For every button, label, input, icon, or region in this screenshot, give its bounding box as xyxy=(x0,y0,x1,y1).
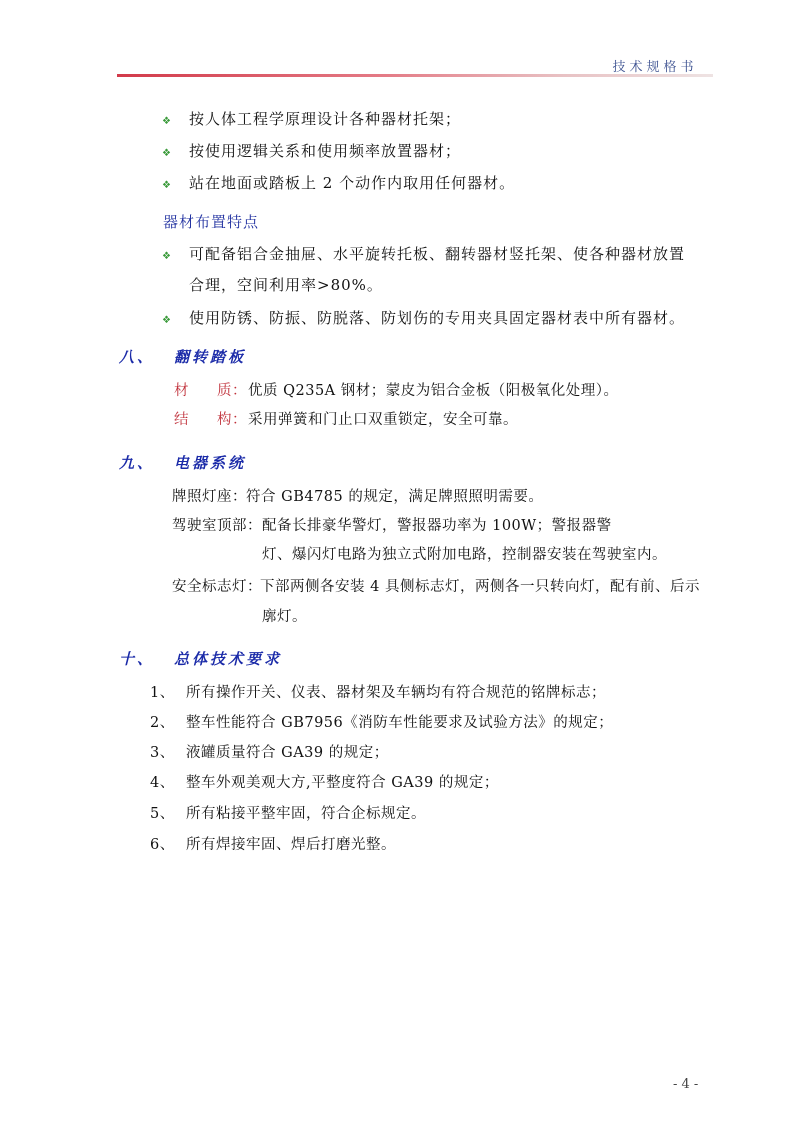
diamond-bullet-icon: ❖ xyxy=(162,148,171,159)
section-number: 十、 xyxy=(119,648,174,669)
field-label: 构： xyxy=(217,410,247,430)
page-number: - 4 - xyxy=(673,1077,698,1092)
field-label: 质： xyxy=(217,381,247,401)
list-item: 站在地面或踏板上 2 个动作内取用任何器材。 xyxy=(189,173,515,193)
list-number: 1、 xyxy=(150,683,175,703)
field-label: 结 xyxy=(174,410,189,430)
list-item-continuation: 合理，空间利用率>80%。 xyxy=(189,275,383,295)
list-number: 3、 xyxy=(150,743,175,763)
field-value: 采用弹簧和门止口双重锁定，安全可靠。 xyxy=(248,410,518,430)
section-number: 八、 xyxy=(119,346,174,367)
diamond-bullet-icon: ❖ xyxy=(162,180,171,191)
section-number: 九、 xyxy=(119,452,174,473)
header-title: 技术规格书 xyxy=(600,56,710,75)
list-item: 液罐质量符合 GA39 的规定； xyxy=(186,743,389,763)
subheading: 器材布置特点 xyxy=(163,211,259,232)
item-label: 牌照灯座： xyxy=(172,487,247,507)
list-number: 2、 xyxy=(150,713,175,733)
list-item: 所有粘接平整牢固，符合企标规定。 xyxy=(186,804,426,824)
item-text-continuation: 廓灯。 xyxy=(262,607,307,627)
item-text-continuation: 灯、爆闪灯电路为独立式附加电路，控制器安装在驾驶室内。 xyxy=(262,545,667,565)
diamond-bullet-icon: ❖ xyxy=(162,251,171,262)
section-title: 总体技术要求 xyxy=(174,650,282,668)
section-title: 翻转踏板 xyxy=(174,348,246,366)
section-heading: 九、电器系统 xyxy=(119,452,246,473)
list-item: 整车性能符合 GB7956《消防车性能要求及试验方法》的规定； xyxy=(186,713,613,733)
section-title: 电器系统 xyxy=(174,454,246,472)
list-item: 使用防锈、防振、防脱落、防划伤的专用夹具固定器材表中所有器材。 xyxy=(189,308,685,328)
section-heading: 八、翻转踏板 xyxy=(119,346,246,367)
item-text: 符合 GB4785 的规定，满足牌照照明需要。 xyxy=(246,487,543,507)
list-item: 所有焊接牢固、焊后打磨光整。 xyxy=(186,835,396,855)
list-item: 可配备铝合金抽屉、水平旋转托板、翻转器材竖托架、使各种器材放置 xyxy=(189,244,685,264)
list-item: 按使用逻辑关系和使用频率放置器材； xyxy=(189,141,461,161)
list-number: 4、 xyxy=(150,773,175,793)
list-item: 所有操作开关、仪表、器材架及车辆均有符合规范的铭牌标志； xyxy=(186,683,606,703)
item-text: 下部两侧各安装 4 具侧标志灯，两侧各一只转向灯，配有前、后示 xyxy=(260,577,700,597)
item-label: 安全标志灯： xyxy=(172,577,262,597)
item-label: 驾驶室顶部： xyxy=(172,516,262,536)
list-number: 6、 xyxy=(150,835,175,855)
list-item: 整车外观美观大方,平整度符合 GA39 的规定； xyxy=(186,773,499,793)
field-label: 材 xyxy=(174,381,189,401)
list-item: 按人体工程学原理设计各种器材托架； xyxy=(189,109,461,129)
diamond-bullet-icon: ❖ xyxy=(162,116,171,127)
section-heading: 十、总体技术要求 xyxy=(119,648,282,669)
diamond-bullet-icon: ❖ xyxy=(162,315,171,326)
item-text: 配备长排豪华警灯，警报器功率为 100W；警报器警 xyxy=(262,516,612,536)
field-value: 优质 Q235A 钢材；蒙皮为铝合金板（阳极氧化处理）。 xyxy=(248,381,619,401)
list-number: 5、 xyxy=(150,804,175,824)
header-divider xyxy=(117,74,713,77)
